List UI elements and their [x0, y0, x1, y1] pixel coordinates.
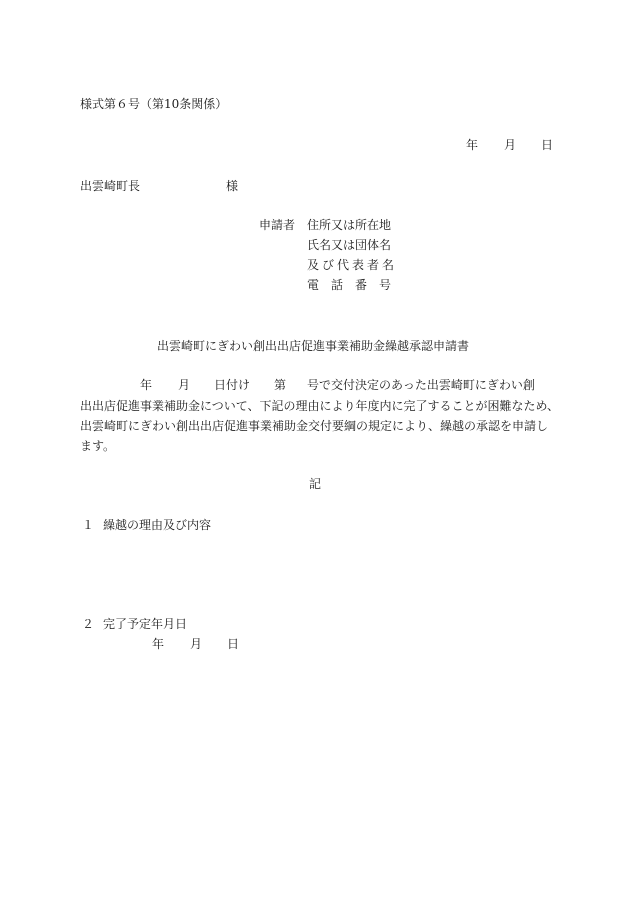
body-day: 日付け: [214, 378, 250, 392]
item-2-number: ２: [82, 617, 94, 631]
form-number: 様式第６号（第10条関係）: [80, 97, 227, 111]
applicant-phone-field: 電 話 番 号: [307, 278, 391, 292]
date-month-label: 月: [504, 138, 516, 152]
body-line-3: 出雲崎町にぎわい創出出店促進事業補助金交付要綱の規定により、繰越の承認を申請し: [80, 419, 548, 433]
date-year-label: 年: [466, 138, 478, 152]
ki-heading: 記: [309, 477, 321, 491]
body-dai: 第: [274, 378, 286, 392]
body-line-2: 出出店促進事業補助金について、下記の理由により年度内に完了することが困難なため、: [80, 399, 559, 413]
completion-month-label: 月: [190, 637, 202, 651]
body-year: 年: [140, 378, 152, 392]
applicant-address-field: 住所又は所在地: [307, 218, 391, 232]
addressee-honorific: 様: [226, 179, 238, 193]
item-1-label: 繰越の理由及び内容: [103, 518, 211, 532]
applicant-representative-field: 及び代表者名: [307, 258, 397, 272]
item-1-number: １: [82, 518, 94, 532]
document-title: 出雲崎町にぎわい創出出店促進事業補助金繰越承認申請書: [157, 339, 469, 353]
applicant-name-field: 氏名又は団体名: [307, 238, 391, 252]
body-line1-rest: 号で交付決定のあった出雲崎町にぎわい創: [307, 378, 535, 392]
date-day-label: 日: [541, 138, 553, 152]
applicant-label: 申請者: [259, 218, 295, 232]
addressee-name: 出雲崎町長: [80, 179, 140, 193]
completion-day-label: 日: [227, 637, 239, 651]
completion-year-label: 年: [152, 637, 164, 651]
item-2-label: 完了予定年月日: [103, 617, 187, 631]
body-line-4: ます。: [80, 439, 115, 453]
body-month: 月: [178, 378, 190, 392]
